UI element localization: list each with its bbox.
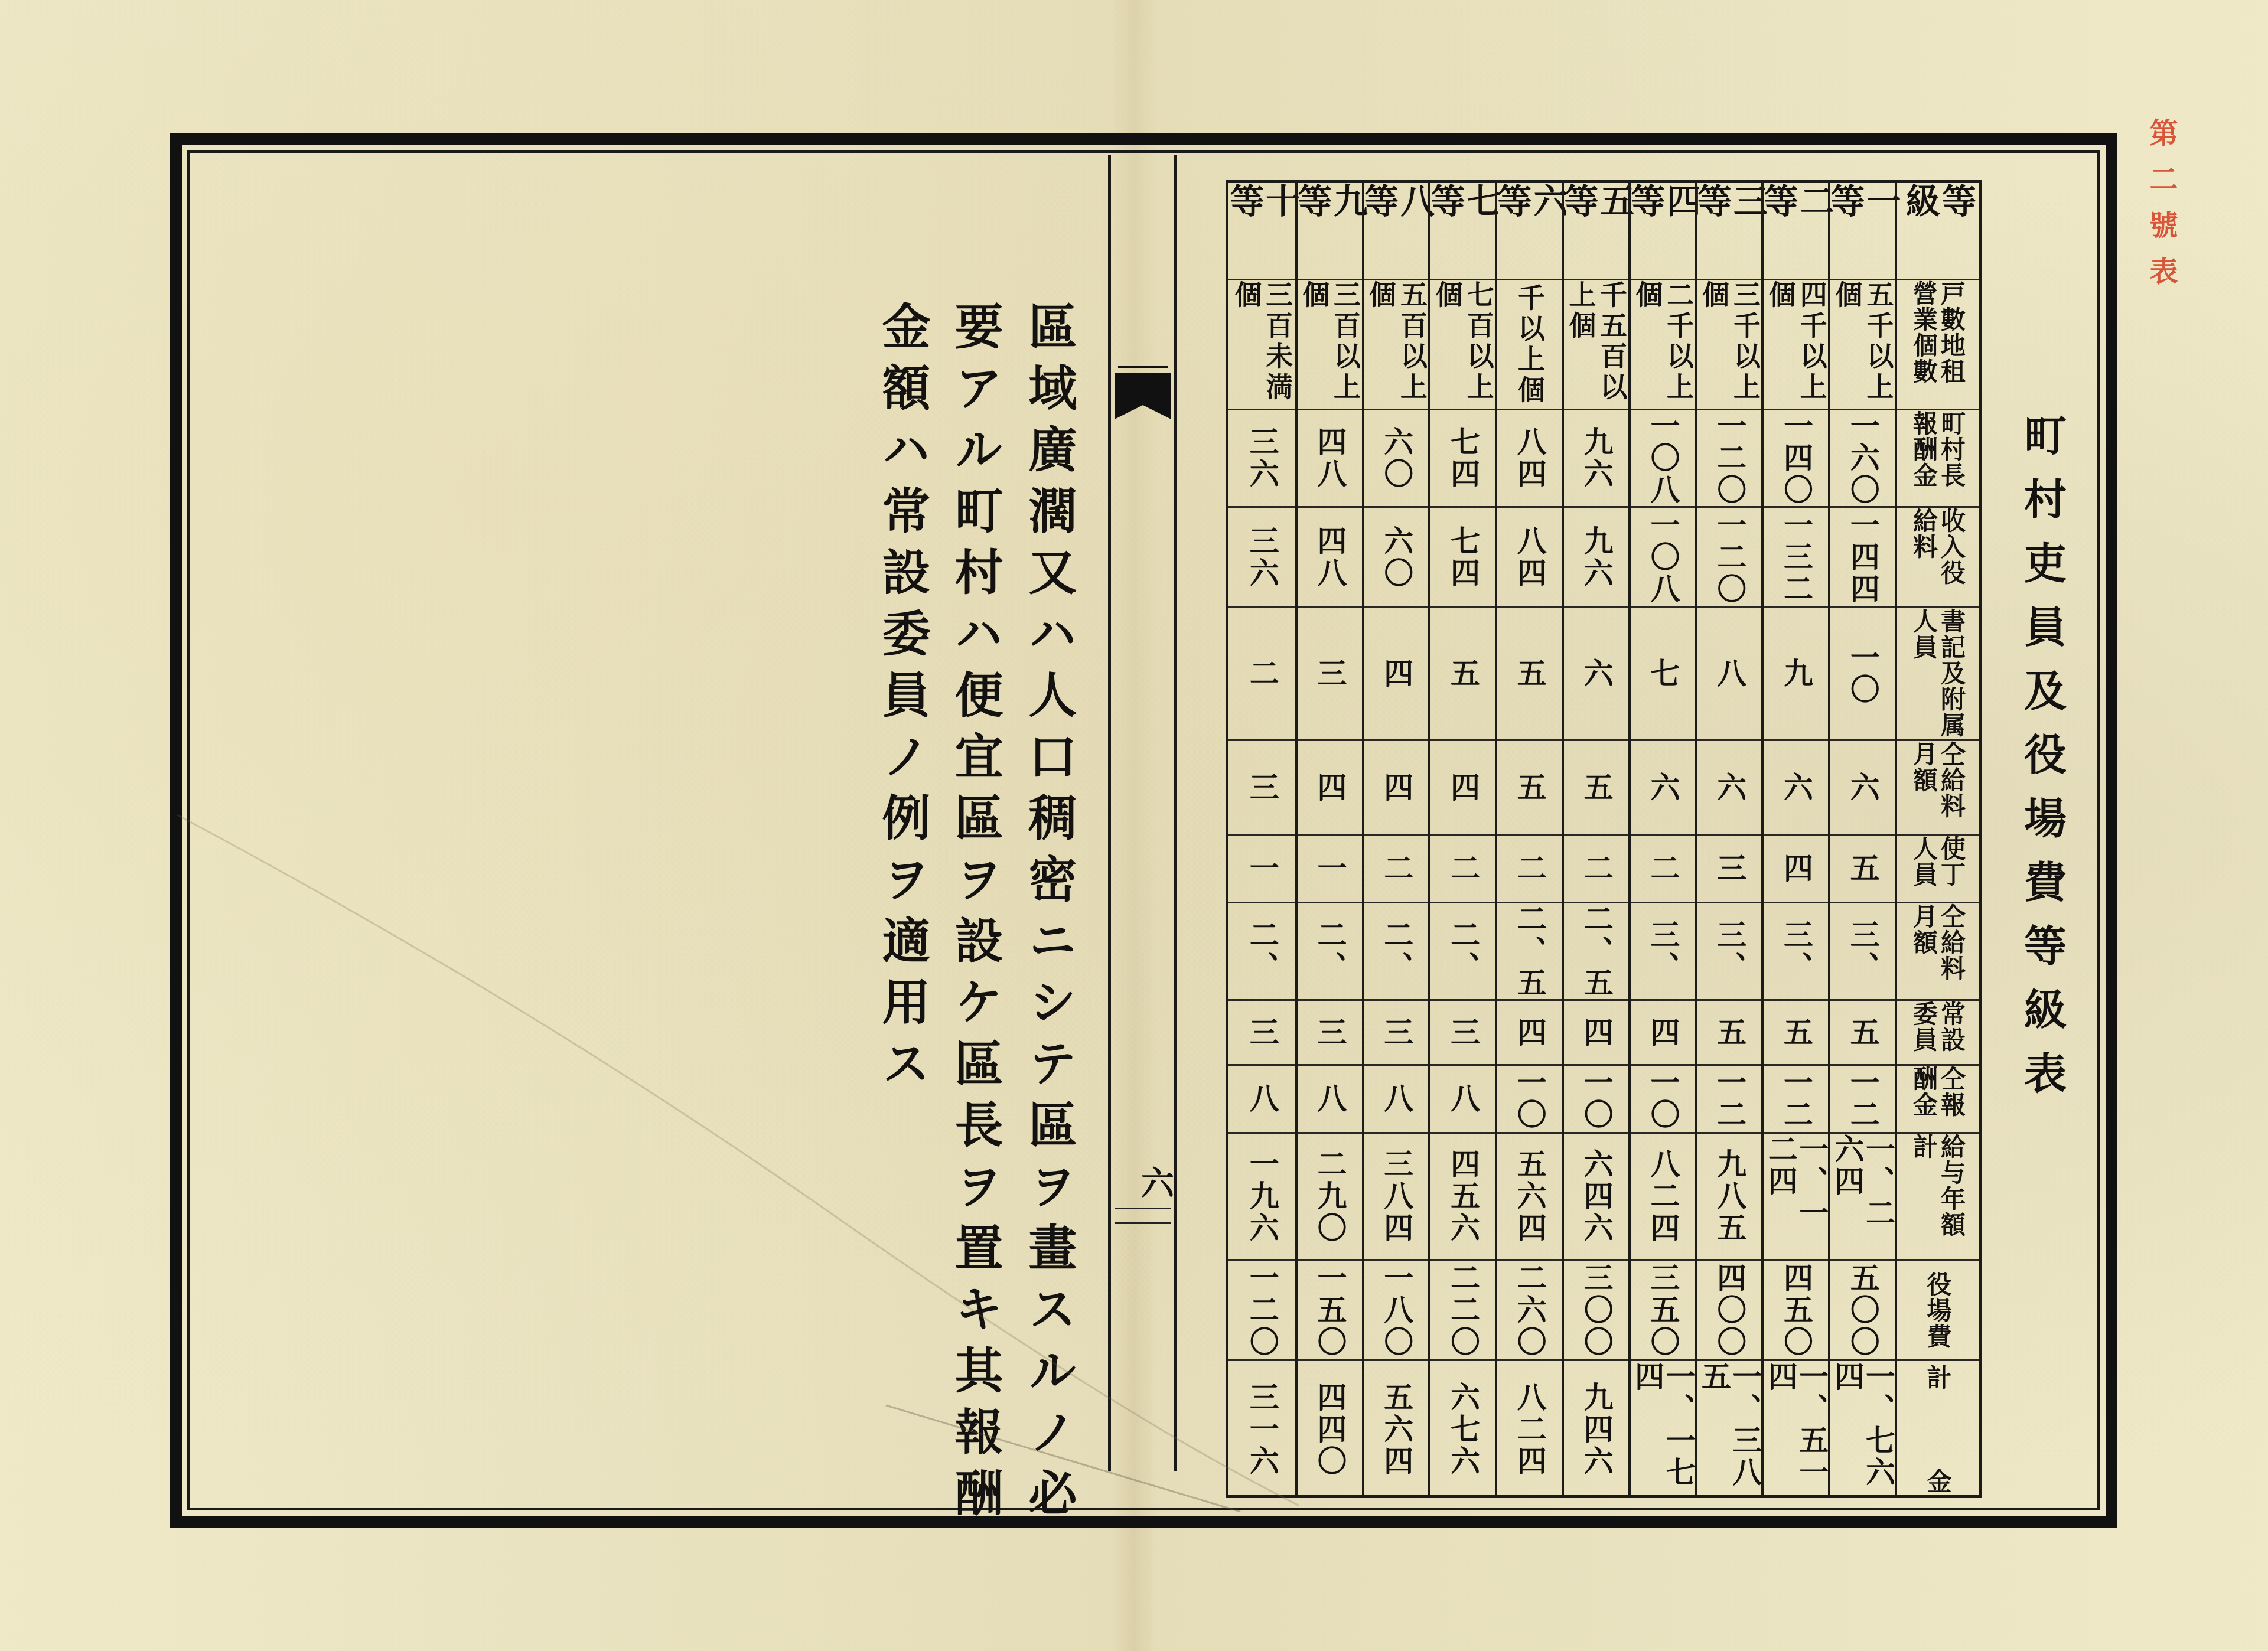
value-cell-text: 一 <box>1246 853 1278 885</box>
grade-header-cell-text: 四等 <box>1627 183 1699 279</box>
value-cell-text: 一〇 <box>1581 1067 1612 1131</box>
left-page-text-column-3: 金額ハ常設委員ノ例ヲ適用ス <box>878 301 927 1099</box>
left-page-text-column-2: 要アル町村ハ便宜區ヲ設ケ區長ヲ置キ其報酬 <box>951 301 999 1529</box>
value-cell: 一 <box>1228 836 1295 903</box>
value-cell-text: 四四〇 <box>1314 1382 1345 1477</box>
row-label-cell: 計 金 <box>1897 1361 1979 1497</box>
value-cell: 八 <box>1364 1066 1429 1134</box>
row-label-cell: 常設委員 <box>1897 1001 1979 1066</box>
households-cell-text: 七百以上個 <box>1432 280 1494 409</box>
row-label-cell-text: 書記及附属人員 <box>1910 608 1966 739</box>
value-cell-text: 三 <box>1314 1017 1345 1049</box>
row-label-cell-text: 給与年額計 <box>1910 1134 1966 1259</box>
grade-header-cell-text: 二等 <box>1760 183 1832 279</box>
row-label-cell-text: 收入役給料 <box>1910 508 1966 606</box>
value-cell-text: 三、 <box>1847 919 1878 983</box>
fishtail-mark-icon <box>1113 366 1172 425</box>
households-cell: 五百以上個 <box>1364 280 1429 410</box>
households-cell: 五千以上個 <box>1830 280 1895 410</box>
households-label-header-text: 戸數地租營業個數 <box>1910 280 1966 409</box>
value-cell: 二 <box>1564 836 1628 903</box>
value-cell: 一二 <box>1697 1066 1762 1134</box>
value-cell: 八四 <box>1497 410 1562 508</box>
grade-header-cell-text: 一等 <box>1827 183 1899 279</box>
value-cell: 六四六 <box>1564 1134 1628 1261</box>
grade-header-cell: 十等 <box>1228 183 1295 280</box>
value-cell: 四八 <box>1298 410 1362 508</box>
value-cell: 二 <box>1497 836 1562 903</box>
row-label-cell-text: 仝給料月額 <box>1910 903 1966 999</box>
value-cell-text: 七四 <box>1448 526 1479 589</box>
value-cell: 四 <box>1298 741 1362 836</box>
value-cell: 三、 <box>1764 903 1828 1001</box>
value-cell-text: 三、 <box>1714 919 1745 983</box>
value-cell: 一 <box>1298 836 1362 903</box>
value-cell: 六 <box>1764 741 1828 836</box>
value-cell: 八二四 <box>1631 1134 1695 1261</box>
value-cell-text: 三六 <box>1246 526 1278 589</box>
value-cell: 一四〇 <box>1764 410 1828 508</box>
value-cell-text: 五 <box>1448 658 1479 690</box>
value-cell-text: 一二〇 <box>1714 410 1745 506</box>
value-cell-text: 四五六 <box>1448 1148 1479 1244</box>
value-cell-text: 二、 <box>1314 919 1345 983</box>
households-cell-text: 千以上個 <box>1514 283 1545 406</box>
households-label-header: 戸數地租營業個數 <box>1897 280 1979 410</box>
row-label-cell: 使丁人員 <box>1897 836 1979 903</box>
value-cell-text: 六 <box>1781 772 1812 804</box>
value-cell: 三 <box>1298 608 1362 741</box>
value-cell-text: 三、 <box>1647 919 1679 983</box>
value-cell-text: 一、一七四 <box>1632 1361 1694 1497</box>
value-cell-text: 一、五一四 <box>1765 1361 1827 1497</box>
value-cell-text: 一三二 <box>1781 510 1812 605</box>
left-page-text-column-1: 區域廣濶又ハ人口稠密ニシテ區ヲ畫スルノ必 <box>1025 301 1073 1529</box>
value-cell: 九六 <box>1564 410 1628 508</box>
value-cell: 九八五 <box>1697 1134 1762 1261</box>
value-cell: 二、五 <box>1497 903 1562 1001</box>
grade-column-1: 一等五千以上個一六〇一四四一〇六五三、五一二一、二六四五〇〇一、七六四 <box>1828 183 1895 1495</box>
value-cell: 四五〇 <box>1764 1261 1828 1361</box>
grade-header-cell: 九等 <box>1298 183 1362 280</box>
value-cell-text: 二 <box>1246 658 1278 690</box>
value-cell: 四 <box>1497 1001 1562 1066</box>
value-cell: 三、 <box>1830 903 1895 1001</box>
page-number-rule <box>1115 1208 1171 1209</box>
value-cell: 九四六 <box>1564 1361 1628 1497</box>
value-cell: 五 <box>1564 741 1628 836</box>
value-cell-text: 五 <box>1847 853 1878 885</box>
value-cell-text: 一六〇 <box>1847 410 1878 506</box>
value-cell: 八 <box>1430 1066 1495 1134</box>
value-cell-text: 八 <box>1314 1083 1345 1115</box>
grade-header-cell-text: 六等 <box>1494 183 1566 279</box>
value-cell: 一八〇 <box>1364 1261 1429 1361</box>
value-cell-text: 一、一二四 <box>1765 1134 1827 1259</box>
value-cell-text: 九六 <box>1581 526 1612 589</box>
value-cell: 一二〇 <box>1697 508 1762 608</box>
value-cell: 三 <box>1228 741 1295 836</box>
grade-column-6: 六等千以上個八四八四五五二二、五四一〇五六四二六〇八二四 <box>1495 183 1562 1495</box>
value-cell-text: 四 <box>1647 1017 1679 1049</box>
value-cell: 一二 <box>1830 1066 1895 1134</box>
value-cell-text: 五六四 <box>1514 1148 1545 1244</box>
grade-header-cell-text: 八等 <box>1360 183 1432 279</box>
value-cell-text: 一〇 <box>1647 1067 1679 1131</box>
grade-header-cell-text: 十等 <box>1226 183 1298 279</box>
households-cell-text: 千五百以上個 <box>1565 280 1628 409</box>
row-label-cell-text: 常設委員 <box>1910 1001 1966 1064</box>
households-cell-text: 四千以上個 <box>1765 280 1827 409</box>
value-cell: 六 <box>1631 741 1695 836</box>
value-cell-text: 四五〇 <box>1781 1262 1812 1358</box>
grade-column-5: 五等千五百以上個九六九六六五二二、五四一〇六四六三〇〇九四六 <box>1562 183 1628 1495</box>
value-cell: 一、一七四 <box>1631 1361 1695 1497</box>
grade-label-header-text: 等級 <box>1902 183 1974 279</box>
value-cell: 三、 <box>1697 903 1762 1001</box>
value-cell-text: 三五〇 <box>1647 1262 1679 1358</box>
value-cell-text: 四 <box>1314 772 1345 804</box>
value-cell: 三五〇 <box>1631 1261 1695 1361</box>
value-cell: 二 <box>1364 836 1429 903</box>
row-label-cell: 仝給料月額 <box>1897 903 1979 1001</box>
value-cell-text: 一四四 <box>1847 510 1878 605</box>
value-cell: 三一六 <box>1228 1361 1295 1497</box>
value-cell: 二、 <box>1228 903 1295 1001</box>
value-cell: 五 <box>1830 1001 1895 1066</box>
value-cell-text: 八 <box>1448 1083 1479 1115</box>
page-number: 六 <box>1141 1157 1174 1205</box>
households-cell: 四千以上個 <box>1764 280 1828 410</box>
value-cell-text: 四八 <box>1314 426 1345 490</box>
value-cell-text: 九八五 <box>1714 1148 1745 1244</box>
row-label-cell-text: 計 金 <box>1924 1365 1951 1495</box>
value-cell: 六 <box>1697 741 1762 836</box>
grade-header-cell: 六等 <box>1497 183 1562 280</box>
value-cell: 四 <box>1764 836 1828 903</box>
value-cell: 七 <box>1631 608 1695 741</box>
value-cell: 一〇 <box>1564 1066 1628 1134</box>
value-cell: 三六 <box>1228 410 1295 508</box>
value-cell-text: 三 <box>1314 658 1345 690</box>
value-cell: 一、七六四 <box>1830 1361 1895 1497</box>
value-cell-text: 五 <box>1781 1017 1812 1049</box>
grade-header-cell: 二等 <box>1764 183 1828 280</box>
value-cell: 八 <box>1298 1066 1362 1134</box>
table-number-stamp: 第二號表 <box>2141 118 2182 302</box>
value-cell: 三 <box>1228 1001 1295 1066</box>
value-cell: 一、三八五 <box>1697 1361 1762 1497</box>
value-cell-text: 一、七六四 <box>1832 1361 1894 1497</box>
row-label-cell-text: 使丁人員 <box>1910 836 1966 902</box>
value-cell-text: 三、 <box>1781 919 1812 983</box>
value-cell: 一〇 <box>1830 608 1895 741</box>
households-cell-text: 五百以上個 <box>1365 280 1428 409</box>
value-cell: 二 <box>1631 836 1695 903</box>
value-cell: 一〇 <box>1497 1066 1562 1134</box>
value-cell-text: 一二 <box>1714 1067 1745 1131</box>
value-cell: 一、五一四 <box>1764 1361 1828 1497</box>
value-cell-text: 三 <box>1381 1017 1412 1049</box>
value-cell: 七四 <box>1430 508 1495 608</box>
value-cell-text: 一〇 <box>1514 1067 1545 1131</box>
value-cell: 五〇〇 <box>1830 1261 1895 1361</box>
grade-label-header: 等級 <box>1897 183 1979 280</box>
value-cell-text: 八 <box>1381 1083 1412 1115</box>
value-cell: 六〇 <box>1364 508 1429 608</box>
value-cell: 二、 <box>1364 903 1429 1001</box>
value-cell: 二六〇 <box>1497 1261 1562 1361</box>
value-cell-text: 二 <box>1514 853 1545 885</box>
grade-table: 十等三百未満個三六三六二三一二、三八一九六一二〇三一六九等三百以上個四八四八三四… <box>1226 180 1982 1498</box>
value-cell-text: 五 <box>1714 1017 1745 1049</box>
value-cell-text: 一二 <box>1781 1067 1812 1131</box>
value-cell: 一二〇 <box>1697 410 1762 508</box>
value-cell: 二、五 <box>1564 903 1628 1001</box>
value-cell-text: 二 <box>1448 853 1479 885</box>
value-cell: 四八 <box>1298 508 1362 608</box>
grade-column-9: 九等三百以上個四八四八三四一二、三八二九〇一五〇四四〇 <box>1295 183 1362 1495</box>
value-cell-text: 六〇 <box>1381 526 1412 589</box>
value-cell: 四 <box>1564 1001 1628 1066</box>
value-cell: 三 <box>1364 1001 1429 1066</box>
value-cell-text: 四 <box>1381 772 1412 804</box>
value-cell: 三 <box>1430 1001 1495 1066</box>
value-cell-text: 四〇〇 <box>1714 1262 1745 1358</box>
value-cell-text: 一九六 <box>1246 1148 1278 1244</box>
value-cell: 一六〇 <box>1830 410 1895 508</box>
households-cell: 三百未満個 <box>1228 280 1295 410</box>
value-cell: 六七六 <box>1430 1361 1495 1497</box>
value-cell-text: 一〇八 <box>1647 510 1679 605</box>
value-cell: 一〇八 <box>1631 508 1695 608</box>
households-cell-text: 三百未満個 <box>1231 280 1293 409</box>
grade-header-cell: 一等 <box>1830 183 1895 280</box>
value-cell-text: 一五〇 <box>1314 1262 1345 1358</box>
value-cell-text: 三 <box>1246 1017 1278 1049</box>
value-cell-text: 八二四 <box>1514 1382 1545 1477</box>
grade-header-cell-text: 三等 <box>1693 183 1765 279</box>
value-cell: 九 <box>1764 608 1828 741</box>
value-cell: 七四 <box>1430 410 1495 508</box>
value-cell-text: 三 <box>1448 1017 1479 1049</box>
value-cell-text: 二 <box>1381 853 1412 885</box>
gutter-right-rule <box>1174 155 1177 1471</box>
grade-column-3: 三等三千以上個一二〇一二〇八六三三、五一二九八五四〇〇一、三八五 <box>1695 183 1762 1495</box>
value-cell: 九六 <box>1564 508 1628 608</box>
value-cell-text: 二九〇 <box>1314 1148 1345 1244</box>
value-cell-text: 五 <box>1514 772 1545 804</box>
value-cell-text: 九 <box>1781 658 1812 690</box>
value-cell: 五 <box>1497 608 1562 741</box>
value-cell: 六 <box>1564 608 1628 741</box>
page-number-rule <box>1115 1222 1171 1224</box>
value-cell-text: 五 <box>1847 1017 1878 1049</box>
grade-column-10: 十等三百未満個三六三六二三一二、三八一九六一二〇三一六 <box>1228 183 1295 1495</box>
households-cell-text: 三千以上個 <box>1698 280 1761 409</box>
value-cell-text: 四 <box>1514 1017 1545 1049</box>
grade-header-cell: 八等 <box>1364 183 1429 280</box>
value-cell: 一二 <box>1764 1066 1828 1134</box>
value-cell: 一二〇 <box>1228 1261 1295 1361</box>
value-cell: 一、一二四 <box>1764 1134 1828 1261</box>
value-cell-text: 二二〇 <box>1448 1262 1479 1358</box>
value-cell-text: 一二〇 <box>1246 1262 1278 1358</box>
value-cell-text: 五〇〇 <box>1847 1262 1878 1358</box>
value-cell: 三 <box>1697 836 1762 903</box>
value-cell-text: 四 <box>1781 853 1812 885</box>
value-cell-text: 六四六 <box>1581 1148 1612 1244</box>
households-cell: 三百以上個 <box>1298 280 1362 410</box>
grade-header-cell-text: 九等 <box>1293 183 1366 279</box>
value-cell: 二 <box>1430 836 1495 903</box>
row-label-cell-text: 仝給料月額 <box>1910 741 1966 834</box>
value-cell: 三〇〇 <box>1564 1261 1628 1361</box>
value-cell: 一〇八 <box>1631 410 1695 508</box>
households-cell: 二千以上個 <box>1631 280 1695 410</box>
value-cell-text: 二、五 <box>1514 903 1545 999</box>
households-cell: 七百以上個 <box>1430 280 1495 410</box>
value-cell-text: 二、 <box>1381 919 1412 983</box>
value-cell: 二 <box>1228 608 1295 741</box>
value-cell: 二、 <box>1298 903 1362 1001</box>
value-cell: 一三二 <box>1764 508 1828 608</box>
value-cell-text: 四八 <box>1314 526 1345 589</box>
row-label-cell-text: 仝報酬金 <box>1910 1066 1966 1132</box>
value-cell-text: 三 <box>1714 853 1745 885</box>
grade-header-cell: 五等 <box>1564 183 1628 280</box>
document-title: 町村吏員及役場費等級表 <box>2011 413 2073 1115</box>
value-cell-text: 八二四 <box>1647 1148 1679 1244</box>
row-label-cell: 仝給料月額 <box>1897 741 1979 836</box>
value-cell: 三 <box>1298 1001 1362 1066</box>
value-cell-text: 四 <box>1381 658 1412 690</box>
value-cell-text: 二、 <box>1448 919 1479 983</box>
value-cell: 四四〇 <box>1298 1361 1362 1497</box>
value-cell-text: 一二 <box>1847 1067 1878 1131</box>
value-cell-text: 三一六 <box>1246 1382 1278 1477</box>
value-cell: 四 <box>1631 1001 1695 1066</box>
value-cell: 二二〇 <box>1430 1261 1495 1361</box>
value-cell-text: 六 <box>1714 772 1745 804</box>
grade-column-8: 八等五百以上個六〇六〇四四二二、三八三八四一八〇五六四 <box>1362 183 1429 1495</box>
value-cell: 二九〇 <box>1298 1134 1362 1261</box>
value-cell-text: 七 <box>1647 658 1679 690</box>
value-cell-text: 八 <box>1246 1083 1278 1115</box>
value-cell-text: 五六四 <box>1381 1382 1412 1477</box>
value-cell: 八四 <box>1497 508 1562 608</box>
value-cell: 四五六 <box>1430 1134 1495 1261</box>
value-cell-text: 一〇 <box>1847 642 1878 706</box>
value-cell: 一九六 <box>1228 1134 1295 1261</box>
value-cell-text: 七四 <box>1448 426 1479 490</box>
grade-column-2: 二等四千以上個一四〇一三二九六四三、五一二一、一二四四五〇一、五一四 <box>1761 183 1828 1495</box>
value-cell: 五六四 <box>1497 1134 1562 1261</box>
value-cell-text: 二、 <box>1246 919 1278 983</box>
grade-column-4: 四等二千以上個一〇八一〇八七六二三、四一〇八二四三五〇一、一七四 <box>1628 183 1695 1495</box>
grade-header-cell-text: 五等 <box>1560 183 1632 279</box>
value-cell: 四 <box>1364 741 1429 836</box>
value-cell-text: 一、二六四 <box>1832 1134 1894 1259</box>
value-cell: 八二四 <box>1497 1361 1562 1497</box>
row-label-cell: 給与年額計 <box>1897 1134 1979 1261</box>
grade-header-cell: 七等 <box>1430 183 1495 280</box>
value-cell-text: 五 <box>1514 658 1545 690</box>
value-cell-text: 五 <box>1581 772 1612 804</box>
row-label-cell: 役場費 <box>1897 1261 1979 1361</box>
value-cell-text: 六 <box>1847 772 1878 804</box>
households-cell-text: 五千以上個 <box>1832 280 1894 409</box>
row-label-cell-text: 役場費 <box>1924 1271 1951 1349</box>
value-cell-text: 四 <box>1448 772 1479 804</box>
value-cell: 八 <box>1228 1066 1295 1134</box>
value-cell: 五 <box>1497 741 1562 836</box>
row-label-cell: 收入役給料 <box>1897 508 1979 608</box>
grade-header-cell: 三等 <box>1697 183 1762 280</box>
value-cell-text: 三八四 <box>1381 1148 1412 1244</box>
value-cell-text: 九六 <box>1581 426 1612 490</box>
value-cell-text: 九四六 <box>1581 1382 1612 1477</box>
value-cell-text: 一、三八五 <box>1698 1361 1760 1497</box>
value-cell-text: 二 <box>1581 853 1612 885</box>
grade-header-cell: 四等 <box>1631 183 1695 280</box>
row-label-column: 等級戸數地租營業個數町村長報酬金收入役給料書記及附属人員仝給料月額使丁人員仝給料… <box>1895 183 1979 1495</box>
value-cell-text: 一八〇 <box>1381 1262 1412 1358</box>
value-cell-text: 一二〇 <box>1714 510 1745 605</box>
value-cell: 一四四 <box>1830 508 1895 608</box>
row-label-cell: 書記及附属人員 <box>1897 608 1979 741</box>
value-cell-text: 三 <box>1246 772 1278 804</box>
value-cell-text: 八 <box>1714 658 1745 690</box>
value-cell: 二、 <box>1430 903 1495 1001</box>
value-cell-text: 八四 <box>1514 526 1545 589</box>
value-cell-text: 四 <box>1581 1017 1612 1049</box>
value-cell-text: 六 <box>1647 772 1679 804</box>
value-cell: 三六 <box>1228 508 1295 608</box>
row-label-cell-text: 町村長報酬金 <box>1910 410 1966 506</box>
value-cell: 五 <box>1697 1001 1762 1066</box>
gutter-left-rule <box>1108 155 1111 1471</box>
value-cell: 四 <box>1364 608 1429 741</box>
value-cell-text: 一四〇 <box>1781 410 1812 506</box>
value-cell: 四〇〇 <box>1697 1261 1762 1361</box>
value-cell: 一五〇 <box>1298 1261 1362 1361</box>
grade-header-cell-text: 七等 <box>1427 183 1499 279</box>
value-cell: 六 <box>1830 741 1895 836</box>
value-cell: 一、二六四 <box>1830 1134 1895 1261</box>
row-label-cell: 仝報酬金 <box>1897 1066 1979 1134</box>
value-cell-text: 六〇 <box>1381 426 1412 490</box>
value-cell: 四 <box>1430 741 1495 836</box>
value-cell-text: 六七六 <box>1448 1382 1479 1477</box>
value-cell: 三八四 <box>1364 1134 1429 1261</box>
value-cell-text: 二六〇 <box>1514 1262 1545 1358</box>
value-cell: 五 <box>1430 608 1495 741</box>
value-cell-text: 六 <box>1581 658 1612 690</box>
value-cell-text: 三〇〇 <box>1581 1262 1612 1358</box>
value-cell-text: 二 <box>1647 853 1679 885</box>
value-cell-text: 一 <box>1314 853 1345 885</box>
households-cell-text: 三百以上個 <box>1298 280 1361 409</box>
value-cell-text: 一〇八 <box>1647 410 1679 506</box>
households-cell-text: 二千以上個 <box>1631 280 1694 409</box>
value-cell: 八 <box>1697 608 1762 741</box>
value-cell: 六〇 <box>1364 410 1429 508</box>
households-cell: 千以上個 <box>1497 280 1562 410</box>
value-cell: 三、 <box>1631 903 1695 1001</box>
value-cell: 一〇 <box>1631 1066 1695 1134</box>
value-cell-text: 八四 <box>1514 426 1545 490</box>
